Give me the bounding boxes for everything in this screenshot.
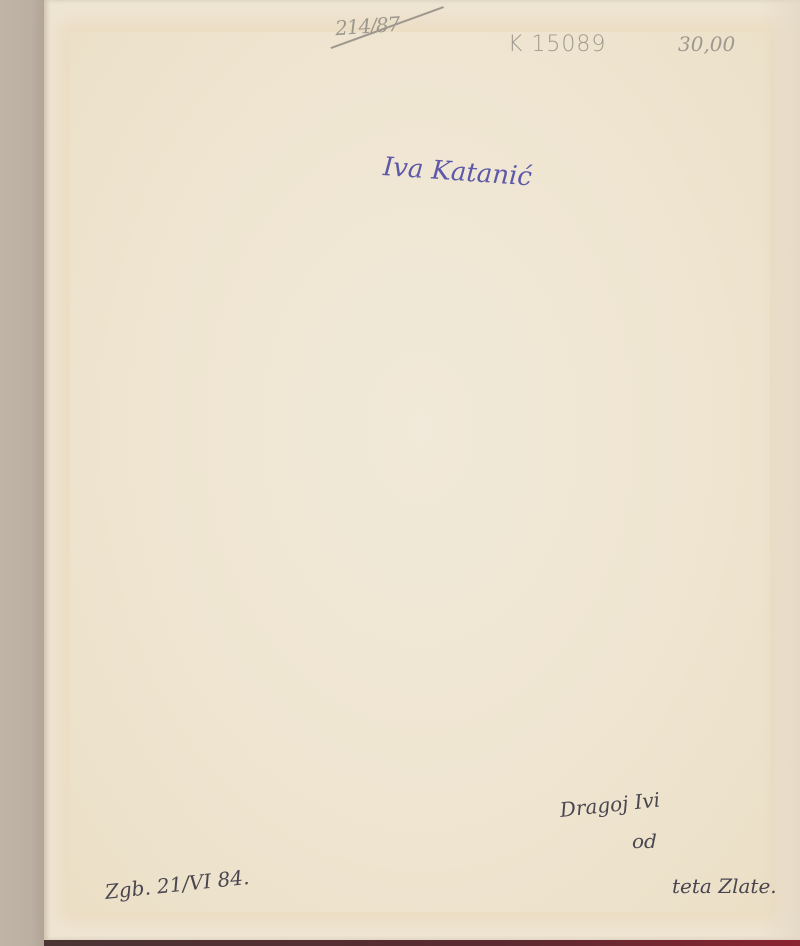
book-bottom-edge bbox=[44, 940, 800, 946]
crossed-out-catalog-note: 214/87 bbox=[334, 12, 400, 40]
dedication-note: Dragoj Ivi od teta Zlate. bbox=[560, 795, 777, 902]
dedication-line-3: teta Zlate. bbox=[560, 871, 777, 902]
photo-scene: 214/87 K 15089 30,00 Iva Katanić Dragoj … bbox=[0, 0, 800, 946]
book-spine-edge bbox=[0, 0, 44, 946]
catalog-number: K 15089 bbox=[508, 32, 606, 57]
price-note: 30,00 bbox=[678, 32, 735, 56]
dedication-line-2: od bbox=[560, 826, 777, 857]
